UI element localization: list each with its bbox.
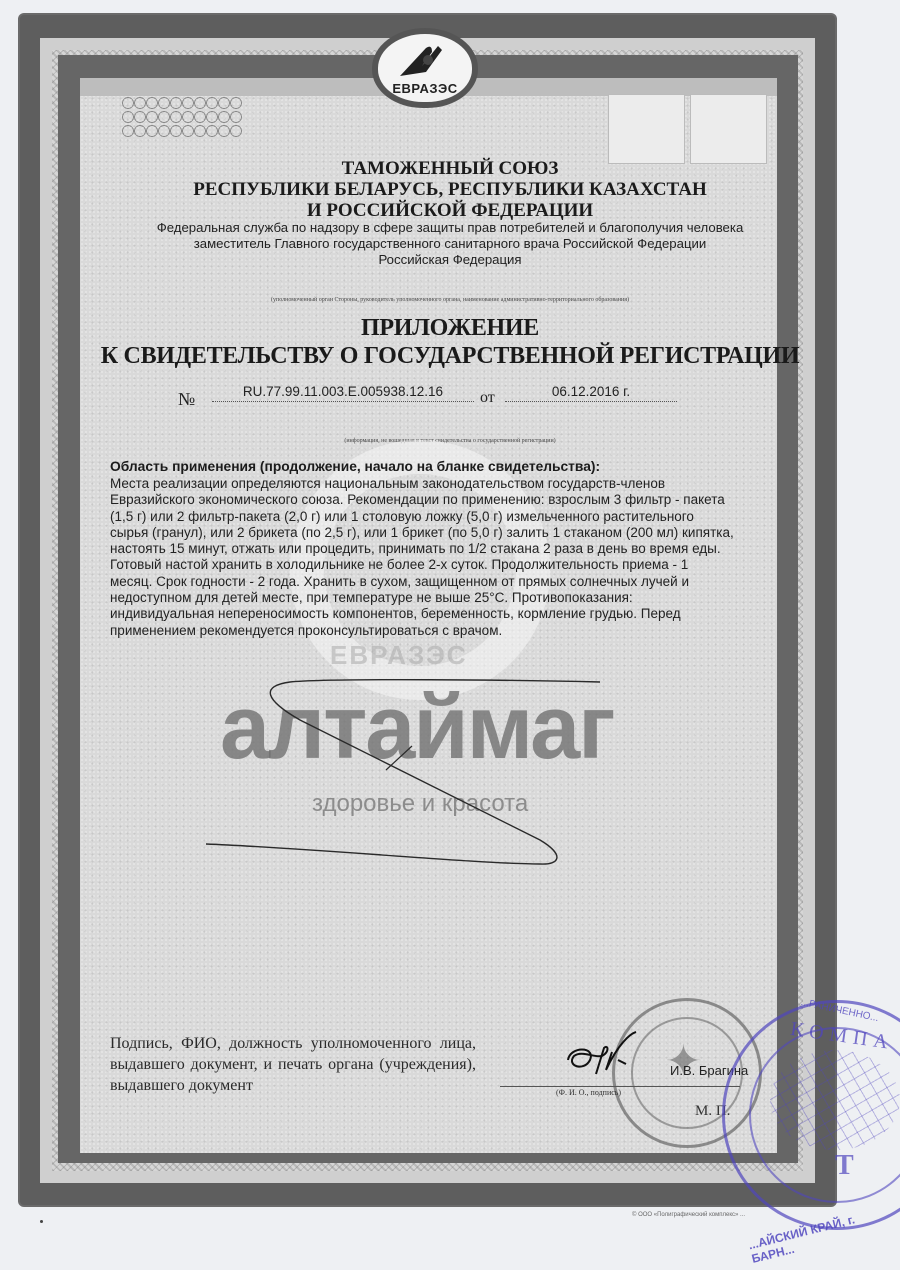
- signature-icon: [560, 1030, 650, 1090]
- stamp-letter: Т: [835, 1150, 854, 1182]
- z-scribble-icon: [180, 660, 600, 900]
- speck: [40, 1220, 43, 1223]
- authority-line-1: Федеральная служба по надзору в сфере за…: [100, 219, 800, 236]
- blank-box-2: [690, 94, 767, 164]
- body-line: (1,5 г) или 2 фильтр-пакета (2,0 г) или …: [110, 509, 790, 525]
- header-republics: РЕСПУБЛИКИ БЕЛАРУСЬ, РЕСПУБЛИКИ КАЗАХСТА…: [100, 179, 800, 200]
- body-line: настоять 15 минут, отжать или процедить,…: [110, 541, 790, 557]
- fio-caption: (Ф. И. О., подпись): [556, 1088, 621, 1097]
- from-label: от: [480, 389, 495, 407]
- body-line: месяц. Срок годности - 2 года. Хранить в…: [110, 574, 790, 590]
- signature-line: [500, 1086, 740, 1087]
- body-line: недоступном для детей месте, при темпера…: [110, 590, 790, 606]
- body-line: применением рекомендуется проконсультиро…: [110, 623, 790, 639]
- security-pattern: [122, 96, 242, 138]
- body-line: Евразийского экономического союза. Реком…: [110, 492, 790, 508]
- authority-caption: (уполномоченный орган Стороны, руководит…: [120, 297, 780, 303]
- authority-line-2: заместитель Главного государственного са…: [100, 235, 800, 252]
- section-heading: Область применения (продолжение, начало …: [110, 459, 600, 474]
- authority-line-3: Российская Федерация: [100, 251, 800, 268]
- registration-date: 06.12.2016 г.: [505, 384, 677, 402]
- title-certificate: К СВИДЕТЕЛЬСТВУ О ГОСУДАРСТВЕННОЙ РЕГИСТ…: [90, 343, 810, 370]
- body-line: Места реализации определяются национальн…: [110, 476, 790, 492]
- signature-label: Подпись, ФИО, должность уполномоченного …: [110, 1033, 476, 1096]
- number-symbol: №: [178, 389, 195, 410]
- blank-box-1: [608, 94, 685, 164]
- header-union: ТАМОЖЕННЫЙ СОЮЗ: [100, 158, 800, 179]
- registration-number: RU.77.99.11.003.E.005938.12.16: [212, 384, 474, 402]
- header-federation: И РОССИЙСКОЙ ФЕДЕРАЦИИ: [100, 200, 800, 221]
- body-line: сырья (гранул), или 2 брикета (по 2,5 г)…: [110, 525, 790, 541]
- body-line: индивидуальная непереносимость компонент…: [110, 606, 790, 622]
- body-line: Готовый настой хранить в холодильнике не…: [110, 557, 790, 573]
- eurasec-emblem: ЕВРАЗЭС: [372, 28, 478, 108]
- emblem-label: ЕВРАЗЭС: [392, 81, 457, 96]
- section-body: Места реализации определяются национальн…: [110, 476, 790, 639]
- certificate-page: ЕВРАЗЭС ТАМОЖЕННЫЙ СОЮЗ РЕСПУБЛИКИ БЕЛАР…: [0, 0, 900, 1270]
- stamp-globe-icon: [770, 1050, 900, 1150]
- printer-note: © ООО «Полиграфический комплекс» ...: [632, 1212, 745, 1218]
- title-appendix: ПРИЛОЖЕНИЕ: [90, 315, 810, 342]
- eurasec-logo-icon: [396, 42, 456, 82]
